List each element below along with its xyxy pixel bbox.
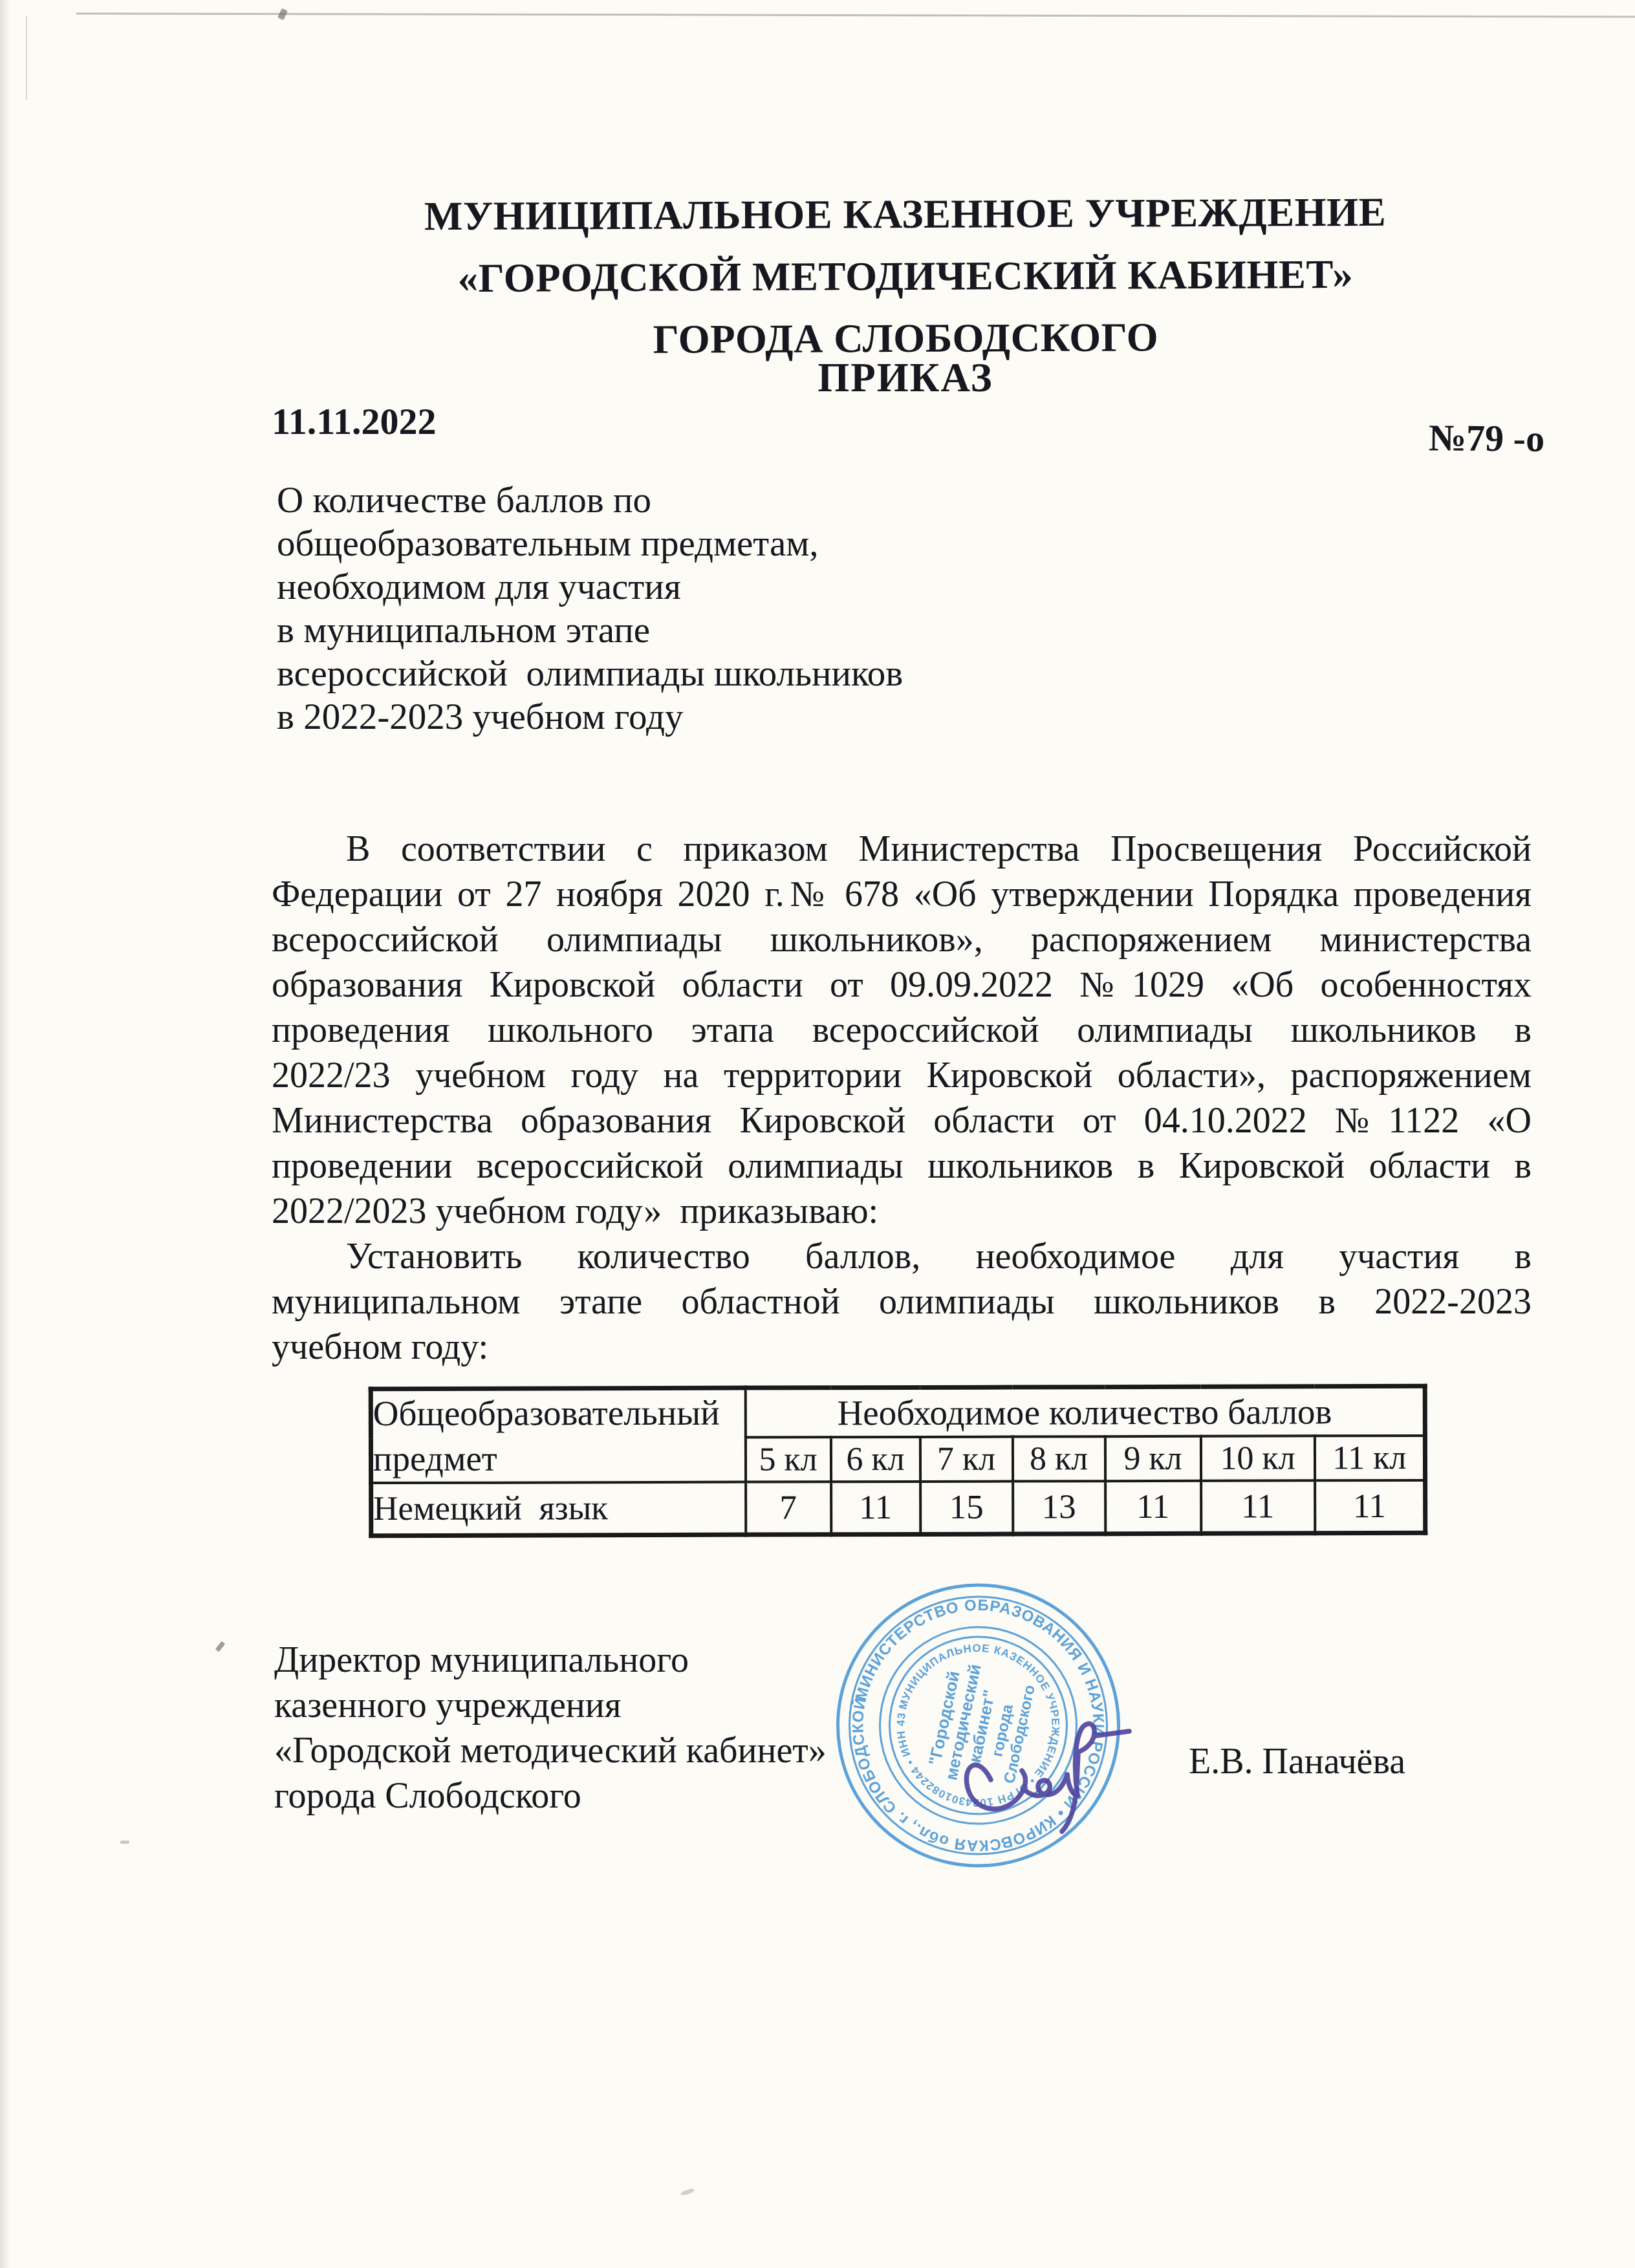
- signature-title-line: казенного учреждения: [274, 1683, 827, 1728]
- column-header-scores-span: Необходимое количество баллов: [745, 1386, 1425, 1437]
- org-name-line: «ГОРОДСКОЙ МЕТОДИЧЕСКИЙ КАБИНЕТ»: [272, 243, 1539, 310]
- score-cell-grade10: 11: [1201, 1480, 1315, 1533]
- subject-line: О количестве баллов по: [277, 479, 1021, 522]
- column-header-grade11: 11 кл: [1314, 1436, 1425, 1480]
- scan-speck: [680, 2188, 695, 2196]
- scan-edge-shadow: [0, 0, 9, 2268]
- scan-top-line: [76, 12, 1635, 17]
- score-cell-grade5: 7: [746, 1482, 831, 1535]
- scan-left-line: [26, 16, 27, 100]
- signature-title-line: города Слободского: [274, 1773, 827, 1819]
- subject-line: всероссийской олимпиады школьников: [277, 652, 1021, 695]
- document-number: №79 -о: [1429, 416, 1545, 460]
- subject-line: общеобразовательным предметам,: [277, 522, 1021, 565]
- column-header-grade6: 6 кл: [830, 1437, 920, 1482]
- body-text: В соответствии с приказом Министерства П…: [272, 826, 1532, 1370]
- table-header-row: Общеобразовательный предмет Необходимое …: [371, 1386, 1425, 1438]
- body-line: В соответствии с приказом Министерства П…: [272, 826, 1532, 872]
- subject-line: необходимом для участия: [277, 565, 1021, 609]
- scores-table: Общеобразовательный предмет Необходимое …: [369, 1384, 1428, 1538]
- body-line: Министерства образования Кировской облас…: [272, 1098, 1532, 1143]
- table-row: Немецкий язык 7 11 15 13 11 11 11: [371, 1480, 1425, 1536]
- score-cell-grade11: 11: [1315, 1480, 1425, 1533]
- column-header-grade7: 7 кл: [920, 1437, 1012, 1482]
- score-cell-grade8: 13: [1013, 1481, 1105, 1534]
- subject-line: в муниципальном этапе: [277, 609, 1021, 652]
- scan-speck: [215, 1641, 225, 1652]
- scan-speck: [120, 1841, 129, 1844]
- body-line: 2022/23 учебном году на территории Киров…: [272, 1053, 1532, 1098]
- body-line: учебном году:: [272, 1324, 1532, 1370]
- body-line: проведения школьного этапа всероссийской…: [272, 1008, 1532, 1053]
- document-date: 11.11.2022: [272, 400, 437, 443]
- date-number-row: 11.11.2022 №79 -о: [272, 400, 1544, 443]
- subject-line: в 2022-2023 учебном году: [277, 695, 1021, 739]
- org-name-line: МУНИЦИПАЛЬНОЕ КАЗЕННОЕ УЧРЕЖДЕНИЕ: [271, 180, 1539, 248]
- column-header-grade8: 8 кл: [1012, 1436, 1105, 1481]
- handwritten-signature: [951, 1703, 1158, 1872]
- column-header-grade5: 5 кл: [745, 1437, 830, 1482]
- subject-block: О количестве баллов по общеобразовательн…: [277, 479, 1021, 739]
- signatory-name: Е.В. Паначёва: [1189, 1741, 1405, 1782]
- column-header-grade10: 10 кл: [1200, 1436, 1314, 1480]
- document-type-title: ПРИКАЗ: [272, 354, 1539, 402]
- score-cell-grade6: 11: [831, 1482, 920, 1535]
- score-cell-grade7: 15: [920, 1482, 1013, 1535]
- scanned-order-document: { "header": { "org_lines": [ "МУНИЦИПАЛЬ…: [0, 0, 1635, 2268]
- body-line: 2022/2023 учебном году» приказываю:: [272, 1189, 1532, 1234]
- org-header: МУНИЦИПАЛЬНОЕ КАЗЕННОЕ УЧРЕЖДЕНИЕ «ГОРОД…: [271, 180, 1539, 373]
- body-line: Федерации от 27 ноября 2020 г.№ 678 «Об …: [272, 872, 1532, 917]
- score-cell-grade9: 11: [1105, 1481, 1201, 1534]
- subject-cell: Немецкий язык: [371, 1482, 746, 1536]
- body-line: проведении всероссийской олимпиады школь…: [272, 1143, 1532, 1189]
- signature-title-line: Директор муниципального: [274, 1637, 827, 1683]
- signature-title-block: Директор муниципального казенного учрежд…: [274, 1637, 827, 1819]
- body-line: образования Кировской области от 09.09.2…: [272, 962, 1532, 1008]
- body-line: Установить количество баллов, необходимо…: [272, 1234, 1532, 1279]
- body-line: муниципальном этапе областной олимпиады …: [272, 1279, 1532, 1324]
- signature-title-line: «Городской методический кабинет»: [274, 1728, 827, 1773]
- body-line: всероссийской олимпиады школьников», рас…: [272, 917, 1532, 962]
- column-header-grade9: 9 кл: [1105, 1436, 1200, 1481]
- column-header-subject: Общеобразовательный предмет: [371, 1388, 745, 1483]
